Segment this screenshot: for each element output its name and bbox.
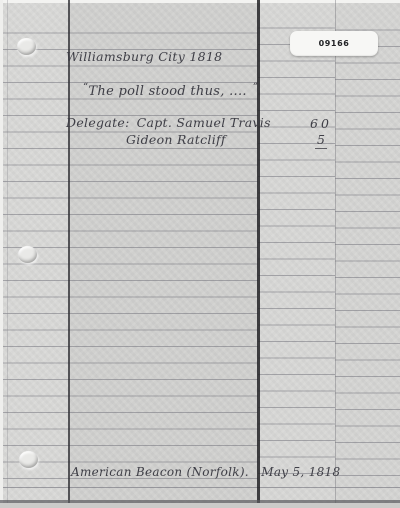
quote-text: The poll stood thus, .... xyxy=(88,84,246,99)
candidate-name: Capt. Samuel Travis xyxy=(137,115,271,130)
fold-crease-left xyxy=(68,0,70,508)
close-quote-mark: ” xyxy=(253,82,258,93)
handwritten-heading: Williamsburg City 1818 xyxy=(66,51,222,64)
punch-hole-bottom xyxy=(19,451,38,468)
fold-crease-right xyxy=(335,0,336,508)
catalog-sticker: 09166 xyxy=(290,31,378,56)
handwritten-quote: “The poll stood thus, ....” xyxy=(83,85,258,98)
open-quote-mark: “ xyxy=(83,82,88,93)
tally-label: Delegate: xyxy=(66,115,130,130)
scanned-notebook-page: 09166 Williamsburg City 1818 “The poll s… xyxy=(0,0,400,508)
vote-count: 5 xyxy=(315,134,327,149)
punch-hole-top xyxy=(17,38,36,55)
ruled-lines-right-band xyxy=(335,14,400,488)
vote-count: 60 xyxy=(310,118,332,131)
bottom-ruled-line xyxy=(0,487,400,488)
left-edge-line xyxy=(7,0,8,508)
tally-row: Gideon Ratcliff xyxy=(126,134,226,147)
sheet-below-edge xyxy=(0,503,400,508)
catalog-number: 09166 xyxy=(319,39,350,48)
tally-row: Delegate:Capt. Samuel Travis xyxy=(66,117,271,130)
ruled-lines-middle-band xyxy=(258,12,335,488)
candidate-name: Gideon Ratcliff xyxy=(126,132,226,147)
punch-hole-middle xyxy=(18,246,37,263)
scan-edge-left xyxy=(0,0,3,508)
page-edge-crease-center xyxy=(257,0,260,508)
handwritten-citation: American Beacon (Norfolk). May 5, 1818 xyxy=(71,466,340,478)
scan-edge-top xyxy=(0,0,400,3)
